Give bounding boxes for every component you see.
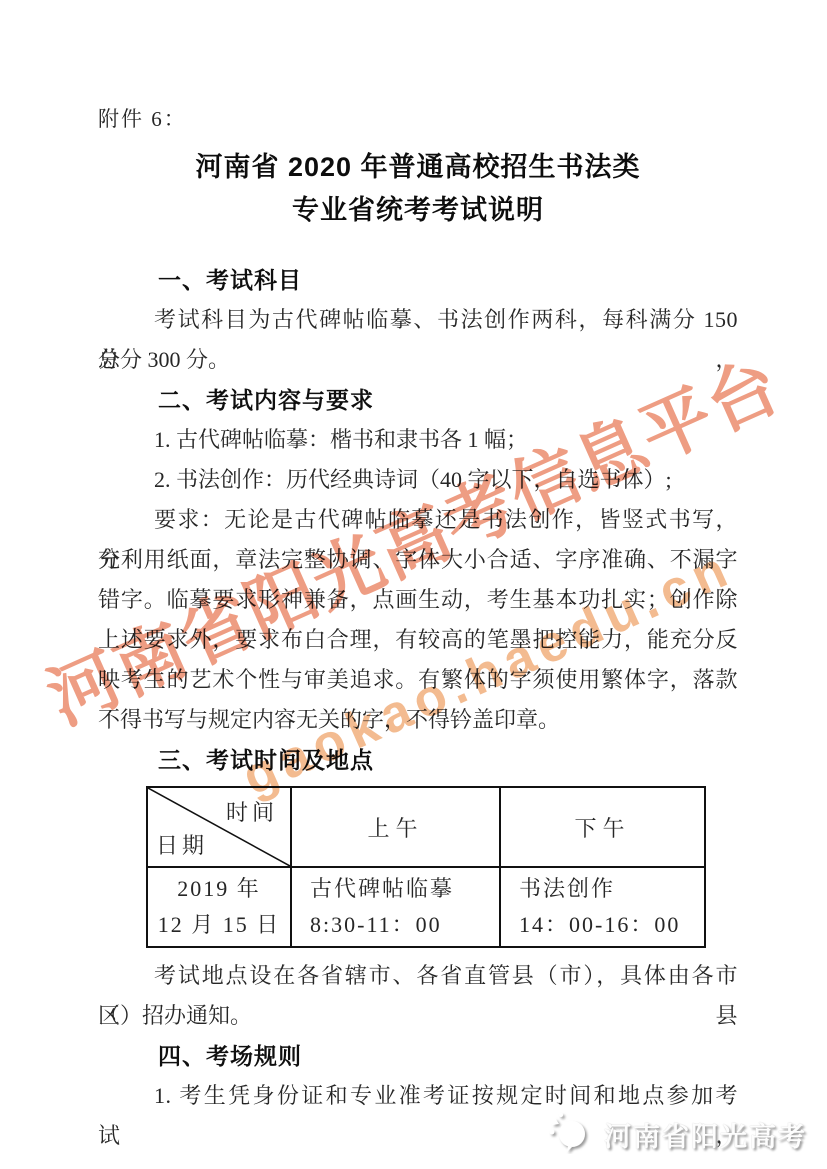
document-title-line1: 河南省 2020 年普通高校招生书法类 [98, 146, 738, 189]
corner-label-time: 时间 [226, 796, 278, 827]
column-header-afternoon: 下午 [500, 787, 705, 867]
list-item-1: 1. 古代碑帖临摹：楷书和隶书各 1 幅； [98, 420, 738, 460]
title-spacer [98, 232, 738, 260]
corner-header-cell: 时间 日期 [147, 787, 291, 867]
afternoon-exam-cell: 书法创作 14：00-16：00 [500, 867, 705, 947]
table-header-row: 时间 日期 上午 下午 [147, 787, 705, 867]
paragraph-line: 考试科目为古代碑帖临摹、书法创作两科，每科满分 150 分， [98, 300, 738, 340]
afternoon-subject: 书法创作 [501, 875, 704, 903]
sunshine-gaokao-logo-icon [542, 1110, 594, 1159]
morning-time: 8:30-11：00 [292, 911, 499, 939]
table-data-row: 2019 年 12 月 15 日 古代碑帖临摹 8:30-11：00 书法创作 … [147, 867, 705, 947]
section-heading-4: 四、考场规则 [98, 1036, 738, 1076]
corner-label-date: 日期 [156, 829, 208, 860]
document-content: 附件 6： 河南省 2020 年普通高校招生书法类 专业省统考考试说明 一、考试… [98, 102, 738, 1116]
date-year: 2019 年 [148, 875, 290, 903]
attachment-label: 附件 6： [98, 102, 738, 146]
morning-subject: 古代碑帖临摹 [292, 875, 499, 903]
afternoon-time: 14：00-16：00 [501, 911, 704, 939]
document-page: 附件 6： 河南省 2020 年普通高校招生书法类 专业省统考考试说明 一、考试… [0, 0, 827, 1169]
list-item-2: 2. 书法创作：历代经典诗词（40 字以下，自选书体）; [98, 460, 738, 500]
paragraph-line: 上述要求外，要求布白合理，有较高的笔墨把控能力，能充分反 [98, 620, 738, 660]
paragraph-line: 考试地点设在各省辖市、各省直管县（市），具体由各市（县 [98, 956, 738, 996]
exam-schedule-table: 时间 日期 上午 下午 2019 年 12 月 15 日 古代碑帖临摹 [146, 786, 706, 948]
date-cell: 2019 年 12 月 15 日 [147, 867, 291, 947]
morning-exam-cell: 古代碑帖临摹 8:30-11：00 [291, 867, 500, 947]
brand-name: 河南省阳光高考 [604, 1115, 807, 1154]
paragraph-line: 1. 考生凭身份证和专业准考证按规定时间和地点参加考试， [98, 1076, 738, 1116]
date-day: 12 月 15 日 [148, 911, 290, 939]
section-heading-3: 三、考试时间及地点 [98, 740, 738, 780]
column-header-morning: 上午 [291, 787, 500, 867]
paragraph-line: 要求：无论是古代碑帖临摹还是书法创作，皆竖式书写，充 [98, 500, 738, 540]
paragraph-line: 错字。临摹要求形神兼备，点画生动，考生基本功扎实；创作除 [98, 580, 738, 620]
paragraph-line: 不得书写与规定内容无关的字，不得钤盖印章。 [98, 700, 738, 740]
paragraph-line: 分利用纸面，章法完整协调、字体大小合适、字序准确、不漏字 [98, 540, 738, 580]
brand-footer: 河南省阳光高考 [542, 1111, 807, 1157]
document-title-line2: 专业省统考考试说明 [98, 189, 738, 232]
section-heading-2: 二、考试内容与要求 [98, 380, 738, 420]
paragraph-line: 映考生的艺术个性与审美追求。有繁体的字须使用繁体字，落款 [98, 660, 738, 700]
section-heading-1: 一、考试科目 [98, 260, 738, 300]
